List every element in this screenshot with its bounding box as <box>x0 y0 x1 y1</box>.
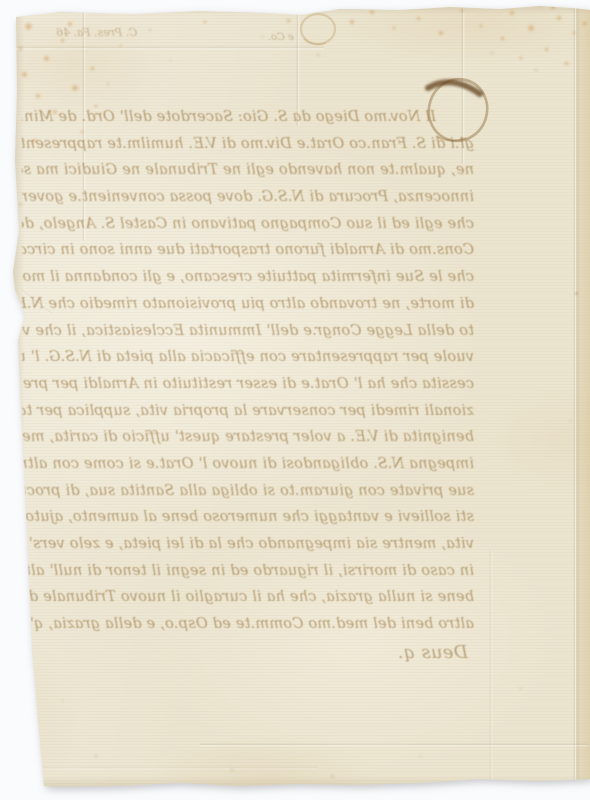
foxing-spot <box>419 755 422 758</box>
foxing-spot <box>582 21 587 26</box>
paper-edge-shadow-bottom <box>0 774 590 790</box>
fold-crease <box>38 766 318 770</box>
manuscript-line: gl.i di S. Fran.co Orat.e Div.mo di V.E.… <box>22 131 474 158</box>
manuscript-line: bene si nulla grazia, che ha il curaglio… <box>22 584 474 611</box>
header-inscription: C. Pres. Fa. 46 <box>56 26 137 39</box>
foxing-spot <box>369 9 375 15</box>
foxing-spot <box>556 15 562 21</box>
foxing-spot <box>479 24 483 28</box>
foxing-spot <box>544 47 549 52</box>
foxing-spot <box>71 84 79 92</box>
manuscript-line: impegna N.S. obligandosi di nuovo l' Ora… <box>22 451 474 478</box>
foxing-spot <box>460 8 465 13</box>
fold-crease <box>200 743 588 747</box>
manuscript-line: che le Sue infermita pattuite crescano, … <box>22 264 474 291</box>
manuscript-signature: Deus q. <box>22 640 474 667</box>
manuscript-line: sue private con giuram.to si obliga alla… <box>22 478 474 505</box>
foxing-spot <box>490 51 494 55</box>
foxing-spot <box>148 28 152 32</box>
foxing-spot <box>43 55 50 62</box>
manuscript-line: vita, mentre sia impegnando che la di le… <box>22 531 474 558</box>
foxing-spot <box>575 292 578 295</box>
foxing-spot <box>90 66 95 71</box>
foxing-spot <box>519 687 522 690</box>
foxing-spot <box>203 20 207 24</box>
manuscript-line: di morte, ne trovando altro piu provisio… <box>22 291 474 318</box>
foxing-spot <box>500 36 505 41</box>
manuscript-line: Il Nov.mo Diego da S. Gio: Sacerdote del… <box>22 104 474 131</box>
foxing-spot <box>534 68 538 72</box>
manuscript-line: Cons.mo di Arnaldi furono trasportati du… <box>22 237 474 264</box>
fold-crease <box>14 46 324 50</box>
foxing-spot <box>94 754 98 758</box>
scanned-letter-page: C. Pres. Fa. 46 e Co. Il Nov.mo Diego da… <box>0 0 590 800</box>
manuscript-line: in caso di morirsi, il riguardo ed in se… <box>22 558 474 585</box>
foxing-spot <box>106 82 110 86</box>
manuscript-line: sti sollievi e vantaggi che numeroso ben… <box>22 504 474 531</box>
manuscript-line: to della Legge Congr.e dell' Immunita Ec… <box>22 318 474 345</box>
foxing-spot <box>261 35 264 38</box>
foxing-spot <box>519 56 523 60</box>
manuscript-line: zionali rimedi per conservare la propria… <box>22 398 474 425</box>
foxing-spot <box>61 699 64 702</box>
header-paraph-letters: e Co. <box>268 32 294 43</box>
foxing-spot <box>569 419 572 422</box>
fold-crease <box>573 8 577 782</box>
foxing-spot <box>550 4 556 10</box>
manuscript-line: innocenza, Procura di N.S.G. dove possa … <box>22 184 474 211</box>
foxing-spot <box>35 93 41 99</box>
right-fold-band <box>576 6 590 782</box>
foxing-spot <box>286 18 291 23</box>
foxing-spot <box>527 24 535 32</box>
foxing-spot <box>21 71 28 78</box>
foxing-spot <box>119 44 122 47</box>
foxing-spot <box>564 61 569 66</box>
foxing-spot <box>349 19 355 25</box>
manuscript-text: Il Nov.mo Diego da S. Gio: Sacerdote del… <box>22 104 474 666</box>
manuscript-line: vuole per rappresentare con efficacia al… <box>22 344 474 371</box>
scanned-document-image: C. Pres. Fa. 46 e Co. Il Nov.mo Diego da… <box>0 0 590 800</box>
manuscript-line: cessita che ha l' Orat.e di esser restit… <box>22 371 474 398</box>
paraph-flourish-icon <box>292 8 344 54</box>
manuscript-line: che egli ed il suo Compagno pativano in … <box>22 211 474 238</box>
foxing-spot <box>24 22 33 31</box>
foxing-spot <box>18 46 23 51</box>
foxing-spot <box>392 26 396 30</box>
paper-sheet-wrapper: C. Pres. Fa. 46 e Co. Il Nov.mo Diego da… <box>0 0 590 800</box>
foxing-spot <box>416 16 421 21</box>
foxing-spot <box>330 774 335 779</box>
foxing-spot <box>572 31 576 35</box>
foxing-spot <box>169 59 172 62</box>
manuscript-line: altro beni del med.mo Comm.te ed Osp.o, … <box>22 611 474 638</box>
foxing-spot <box>438 30 444 36</box>
paper-edge-shadow-top <box>0 4 590 16</box>
foxing-spot <box>230 768 234 772</box>
foxing-spot <box>509 10 515 16</box>
manuscript-line: benignita di V.E. a voler prestare quest… <box>22 424 474 451</box>
manuscript-line: ne, qualm.te non havendo egli ne Tribuna… <box>22 157 474 184</box>
